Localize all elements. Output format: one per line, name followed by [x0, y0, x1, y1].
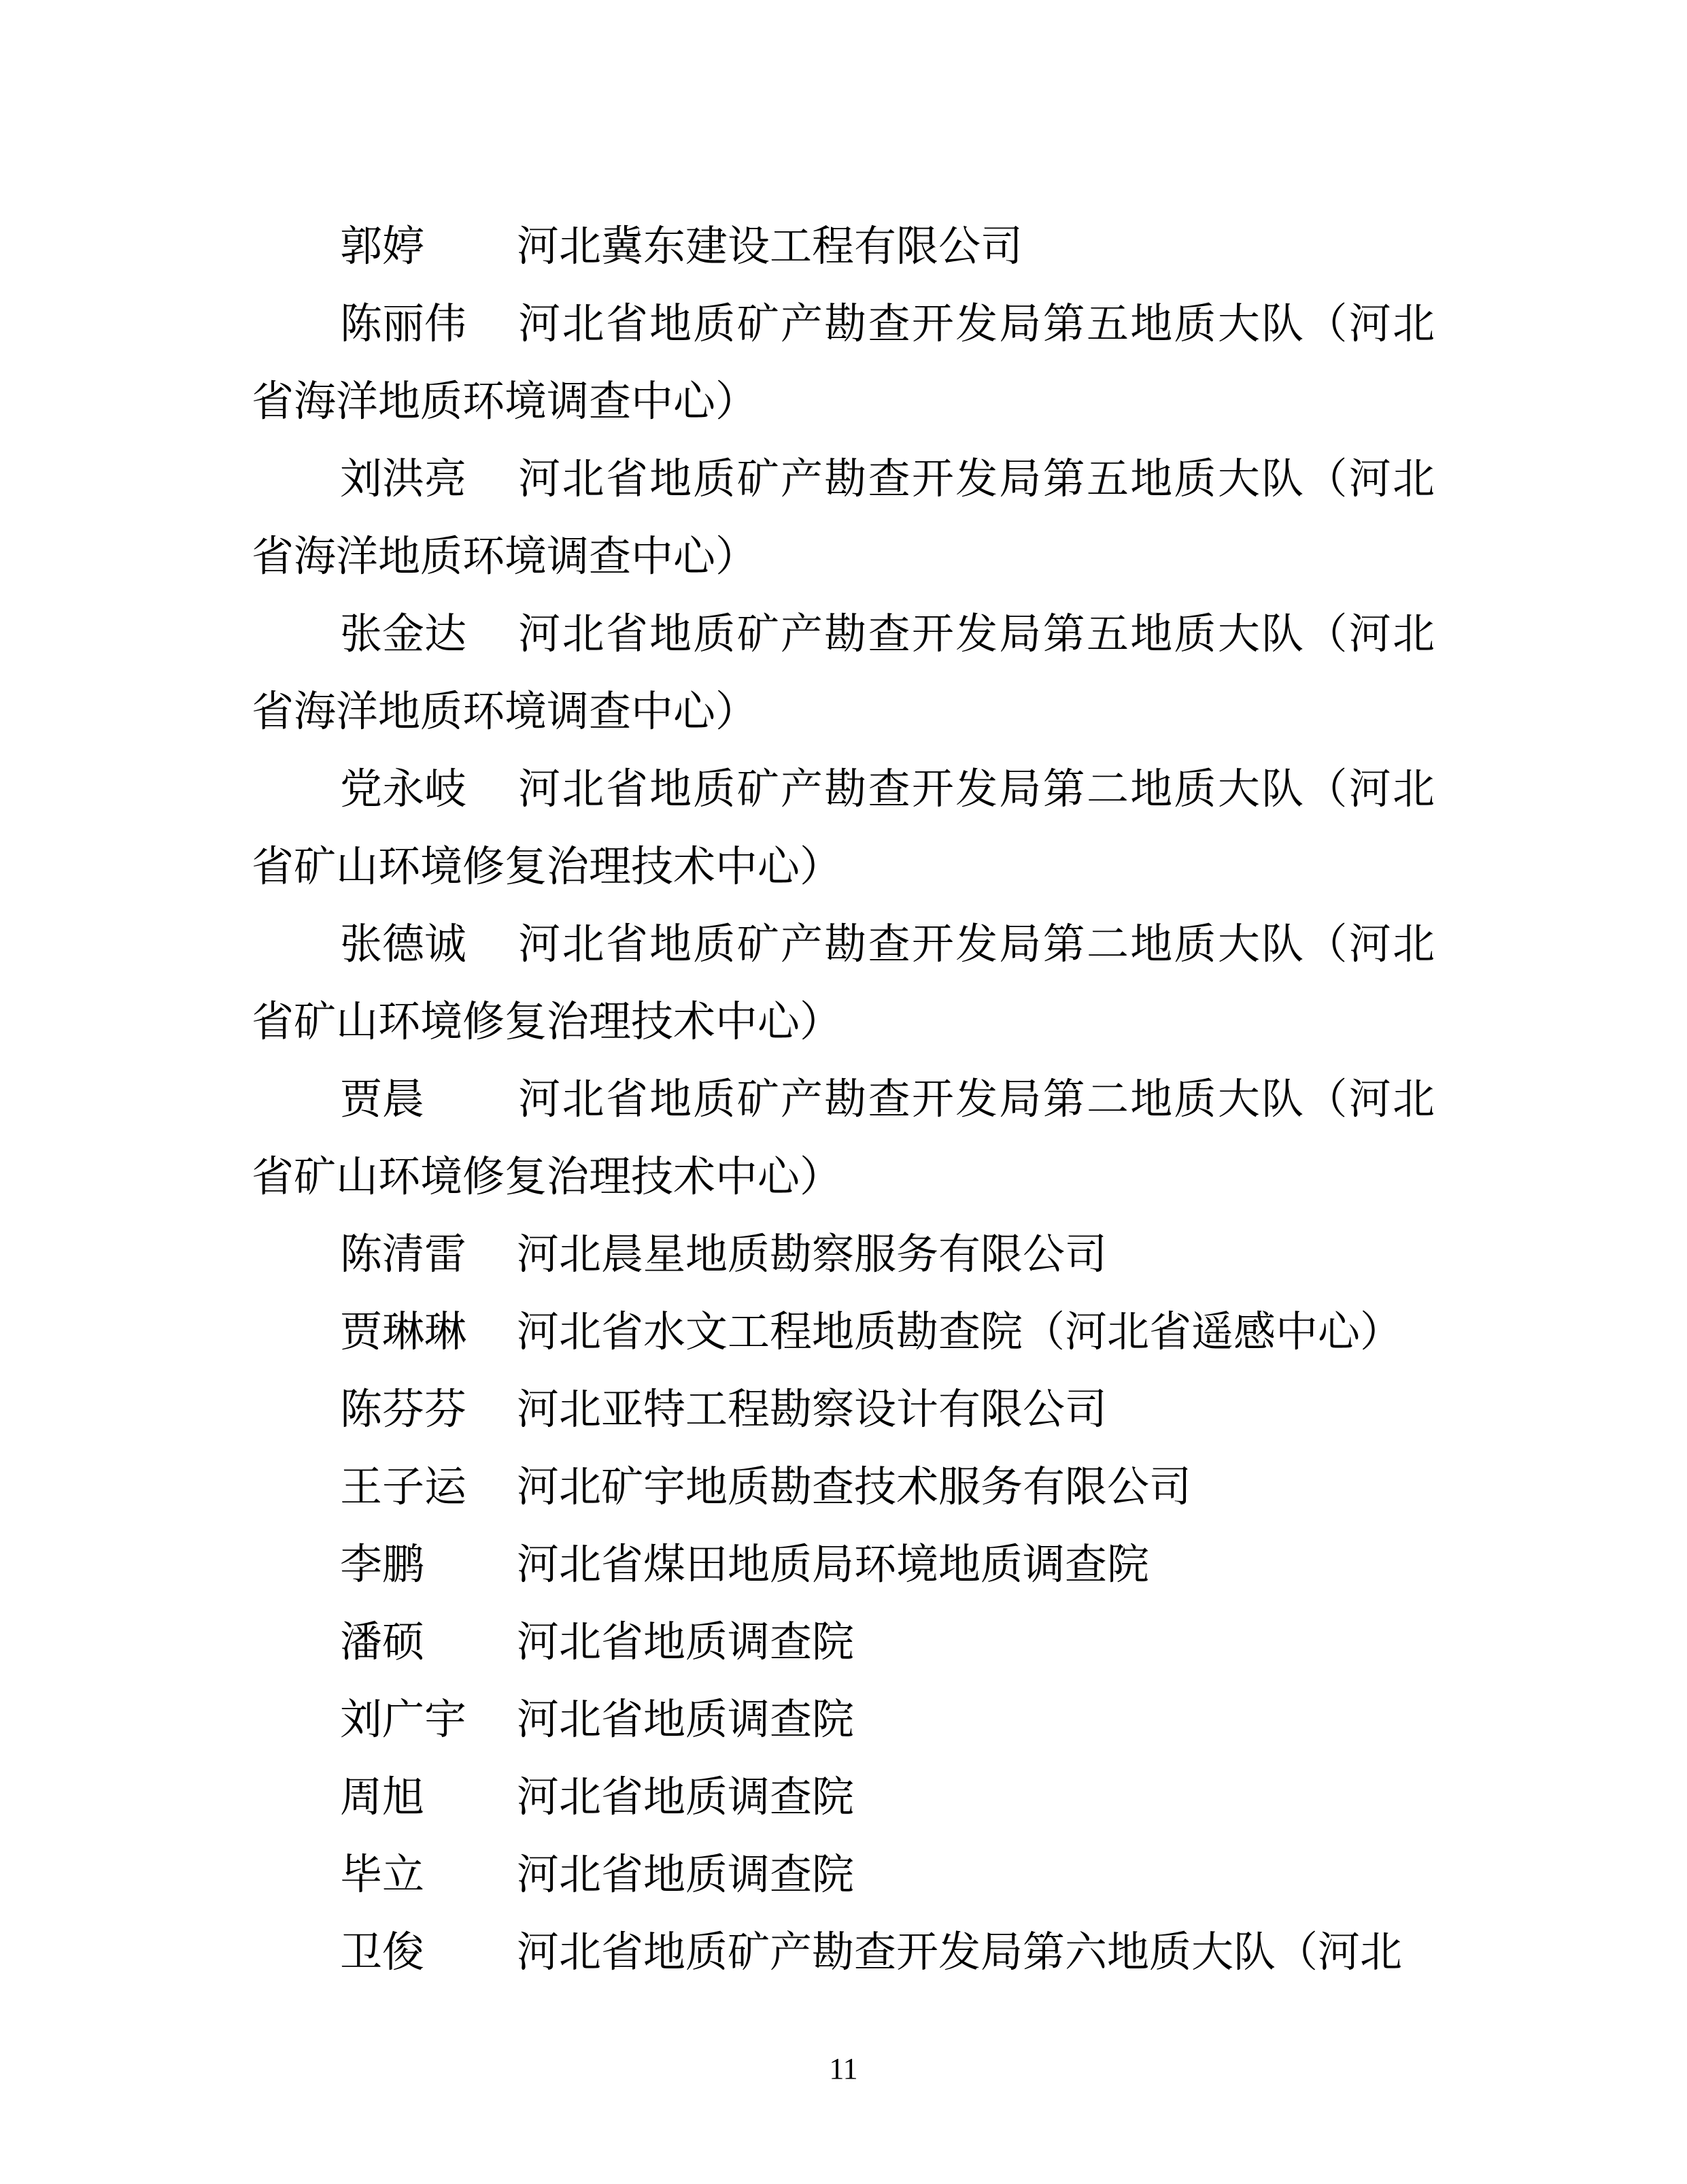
- list-item: 卫俊河北省地质矿产勘查开发局第六地质大队（河北: [252, 1914, 1435, 1992]
- list-item: 郭婷河北冀东建设工程有限公司: [252, 208, 1435, 286]
- person-name: 卫俊: [340, 1914, 517, 1992]
- person-name: 刘广宇: [340, 1681, 517, 1759]
- person-name: 党永岐: [340, 751, 517, 828]
- organization: 河北矿宇地质勘查技术服务有限公司: [517, 1464, 1191, 1511]
- person-name: 张金达: [340, 596, 517, 673]
- person-name: 刘洪亮: [340, 441, 517, 518]
- list-item: 潘硕河北省地质调查院: [252, 1604, 1435, 1681]
- person-name: 张德诚: [340, 906, 517, 984]
- list-item: 陈清雷河北晨星地质勘察服务有限公司: [252, 1216, 1435, 1294]
- person-name: 毕立: [340, 1836, 517, 1914]
- name-org-list: 郭婷河北冀东建设工程有限公司 陈丽伟河北省地质矿产勘查开发局第五地质大队（河北省…: [252, 208, 1435, 1992]
- list-item: 刘广宇河北省地质调查院: [252, 1681, 1435, 1759]
- list-item: 张金达河北省地质矿产勘查开发局第五地质大队（河北省海洋地质环境调查中心）: [252, 596, 1435, 751]
- organization: 河北冀东建设工程有限公司: [517, 224, 1023, 270]
- person-name: 陈清雷: [340, 1216, 517, 1294]
- person-name: 陈芬芬: [340, 1371, 517, 1449]
- list-item: 刘洪亮河北省地质矿产勘查开发局第五地质大队（河北省海洋地质环境调查中心）: [252, 441, 1435, 596]
- person-name: 贾晨: [340, 1061, 517, 1139]
- list-item: 李鹏河北省煤田地质局环境地质调查院: [252, 1526, 1435, 1604]
- person-name: 郭婷: [340, 208, 517, 286]
- organization: 河北晨星地质勘察服务有限公司: [517, 1232, 1107, 1278]
- list-item: 党永岐河北省地质矿产勘查开发局第二地质大队（河北省矿山环境修复治理技术中心）: [252, 751, 1435, 906]
- list-item: 陈丽伟河北省地质矿产勘查开发局第五地质大队（河北省海洋地质环境调查中心）: [252, 286, 1435, 441]
- list-item: 毕立河北省地质调查院: [252, 1836, 1435, 1914]
- organization: 河北省地质调查院: [517, 1852, 854, 1898]
- list-item: 王子运河北矿宇地质勘查技术服务有限公司: [252, 1449, 1435, 1526]
- organization: 河北省地质调查院: [517, 1619, 854, 1666]
- person-name: 李鹏: [340, 1526, 517, 1604]
- person-name: 贾琳琳: [340, 1294, 517, 1371]
- list-item: 陈芬芬河北亚特工程勘察设计有限公司: [252, 1371, 1435, 1449]
- list-item: 贾晨河北省地质矿产勘查开发局第二地质大队（河北省矿山环境修复治理技术中心）: [252, 1061, 1435, 1216]
- organization: 河北亚特工程勘察设计有限公司: [517, 1387, 1107, 1433]
- list-item: 贾琳琳河北省水文工程地质勘查院（河北省遥感中心）: [252, 1294, 1435, 1371]
- person-name: 王子运: [340, 1449, 517, 1526]
- person-name: 周旭: [340, 1759, 517, 1836]
- organization: 河北省地质调查院: [517, 1775, 854, 1821]
- organization: 河北省地质调查院: [517, 1697, 854, 1743]
- organization: 河北省水文工程地质勘查院（河北省遥感中心）: [517, 1309, 1402, 1356]
- person-name: 陈丽伟: [340, 286, 517, 363]
- person-name: 潘硕: [340, 1604, 517, 1681]
- organization: 河北省煤田地质局环境地质调查院: [517, 1542, 1149, 1588]
- list-item: 张德诚河北省地质矿产勘查开发局第二地质大队（河北省矿山环境修复治理技术中心）: [252, 906, 1435, 1061]
- page-number: 11: [0, 2053, 1687, 2085]
- organization: 河北省地质矿产勘查开发局第六地质大队（河北: [517, 1930, 1402, 1976]
- list-item: 周旭河北省地质调查院: [252, 1759, 1435, 1836]
